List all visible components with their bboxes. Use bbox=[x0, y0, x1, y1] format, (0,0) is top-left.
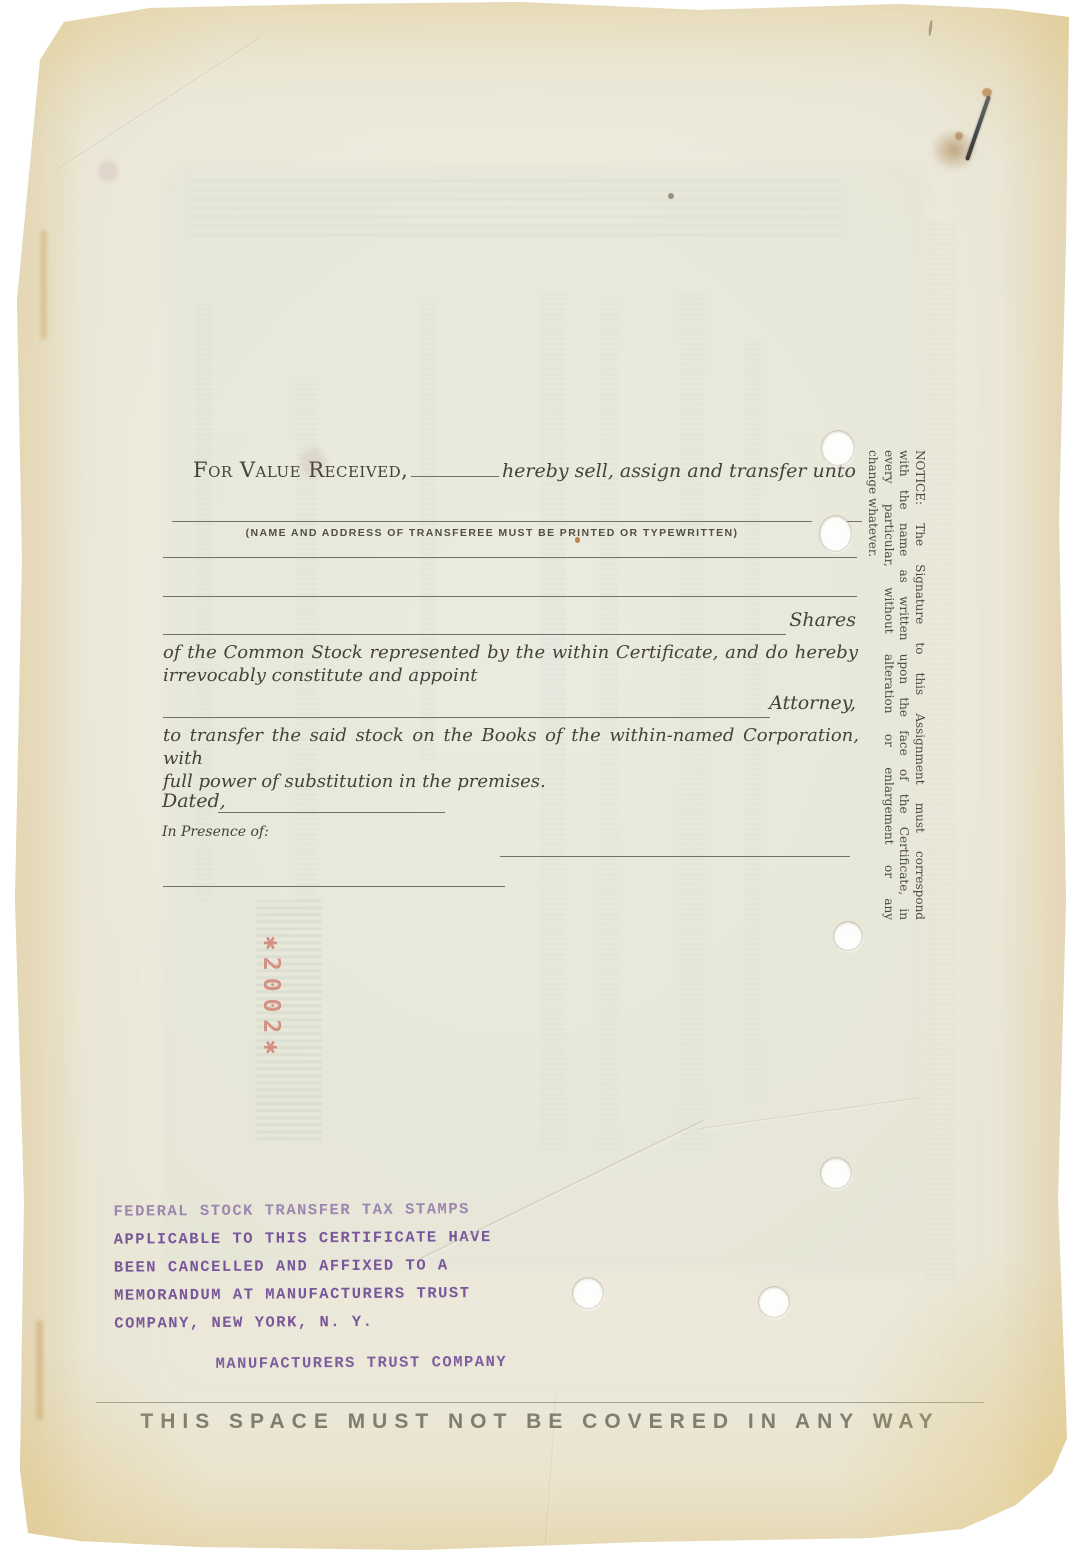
paper-sheet: For Value Received, hereby sell, assign … bbox=[0, 0, 1080, 1555]
tax-stamp-line: BEEN CANCELLED AND AFFIXED TO A bbox=[114, 1250, 584, 1281]
assignment-body-paragraph-1: of the Common Stock represented by the w… bbox=[163, 641, 858, 687]
ghost-column bbox=[680, 290, 704, 1150]
shares-label: Shares bbox=[700, 609, 856, 631]
edge-stain bbox=[40, 230, 47, 340]
dated-label: Dated, bbox=[162, 790, 226, 812]
tax-stamp-line: APPLICABLE TO THIS CERTIFICATE HAVE bbox=[114, 1222, 584, 1253]
witness-line-left bbox=[163, 886, 505, 887]
signature-line-right bbox=[500, 856, 850, 857]
tax-stamp-line: FEDERAL STOCK TRANSFER TAX STAMPS bbox=[113, 1194, 583, 1225]
ghost-column bbox=[745, 340, 761, 1100]
transfer-clause-text: hereby sell, assign and transfer unto bbox=[502, 460, 856, 482]
notice-line: change whatever. bbox=[865, 450, 881, 920]
foxing-spot bbox=[300, 448, 326, 478]
assignment-body-line-3: to transfer the said stock on the Books … bbox=[163, 724, 859, 770]
attorney-label: Attorney, bbox=[690, 692, 856, 714]
attorney-blank-line bbox=[163, 717, 770, 718]
punch-hole bbox=[759, 1287, 789, 1317]
ghost-column bbox=[925, 220, 955, 1280]
trust-company-stamp: MANUFACTURERS TRUST COMPANY bbox=[215, 1347, 584, 1378]
assignment-body-line-1: of the Common Stock represented by the w… bbox=[163, 641, 858, 664]
punch-hole bbox=[834, 922, 862, 950]
ghost-column bbox=[540, 290, 566, 1150]
footer-warning-text: THIS SPACE MUST NOT BE COVERED IN ANY WA… bbox=[100, 1410, 980, 1434]
pen-mark bbox=[928, 20, 933, 36]
notice-line: NOTICE: The Signature to this Assignment… bbox=[912, 450, 928, 920]
ghost-showthrough-border bbox=[190, 178, 840, 236]
in-presence-of-label: In Presence of: bbox=[162, 824, 269, 840]
foxing-spot bbox=[98, 160, 118, 182]
foxing-spot bbox=[668, 193, 674, 199]
certificate-number-stamp: ✱2002✱ bbox=[258, 936, 284, 1061]
crease bbox=[58, 37, 260, 169]
tax-stamp-line: MEMORANDUM AT MANUFACTURERS TRUST bbox=[114, 1278, 584, 1309]
foxing-spot bbox=[575, 537, 580, 543]
scanned-certificate-back: For Value Received, hereby sell, assign … bbox=[0, 0, 1080, 1555]
transferee-line-dash bbox=[846, 521, 862, 522]
footer-rule bbox=[96, 1402, 984, 1403]
shares-blank-line bbox=[163, 634, 786, 635]
blank-line-1 bbox=[163, 557, 857, 558]
transferee-line bbox=[172, 521, 812, 522]
punch-hole bbox=[821, 1158, 851, 1188]
transferee-caption: (NAME AND ADDRESS OF TRANSFEREE MUST BE … bbox=[172, 527, 812, 539]
punch-hole bbox=[822, 431, 854, 465]
notice-line: with the name as written upon the face o… bbox=[896, 450, 912, 920]
signature-notice: NOTICE: The Signature to this Assignment… bbox=[865, 450, 927, 920]
dated-blank-line bbox=[218, 812, 445, 813]
transfer-tax-stamp: FEDERAL STOCK TRANSFER TAX STAMPS APPLIC… bbox=[113, 1194, 584, 1378]
assignment-body-line-4: full power of substitution in the premis… bbox=[163, 770, 859, 793]
assignment-body-line-2: irrevocably constitute and appoint bbox=[163, 664, 858, 687]
assignment-body-paragraph-2: to transfer the said stock on the Books … bbox=[163, 724, 859, 793]
tax-stamp-line: COMPANY, NEW YORK, N. Y. bbox=[114, 1306, 584, 1337]
rust-spot bbox=[955, 132, 963, 140]
punch-hole bbox=[820, 516, 851, 551]
seller-name-blank-line bbox=[411, 476, 499, 477]
blank-line-2 bbox=[163, 596, 857, 597]
for-value-received-row: For Value Received, hereby sell, assign … bbox=[193, 458, 856, 482]
edge-stain bbox=[36, 1320, 43, 1420]
notice-line: every particular, without alteration or … bbox=[881, 450, 897, 920]
staple bbox=[965, 95, 990, 160]
punch-hole bbox=[573, 1278, 603, 1308]
